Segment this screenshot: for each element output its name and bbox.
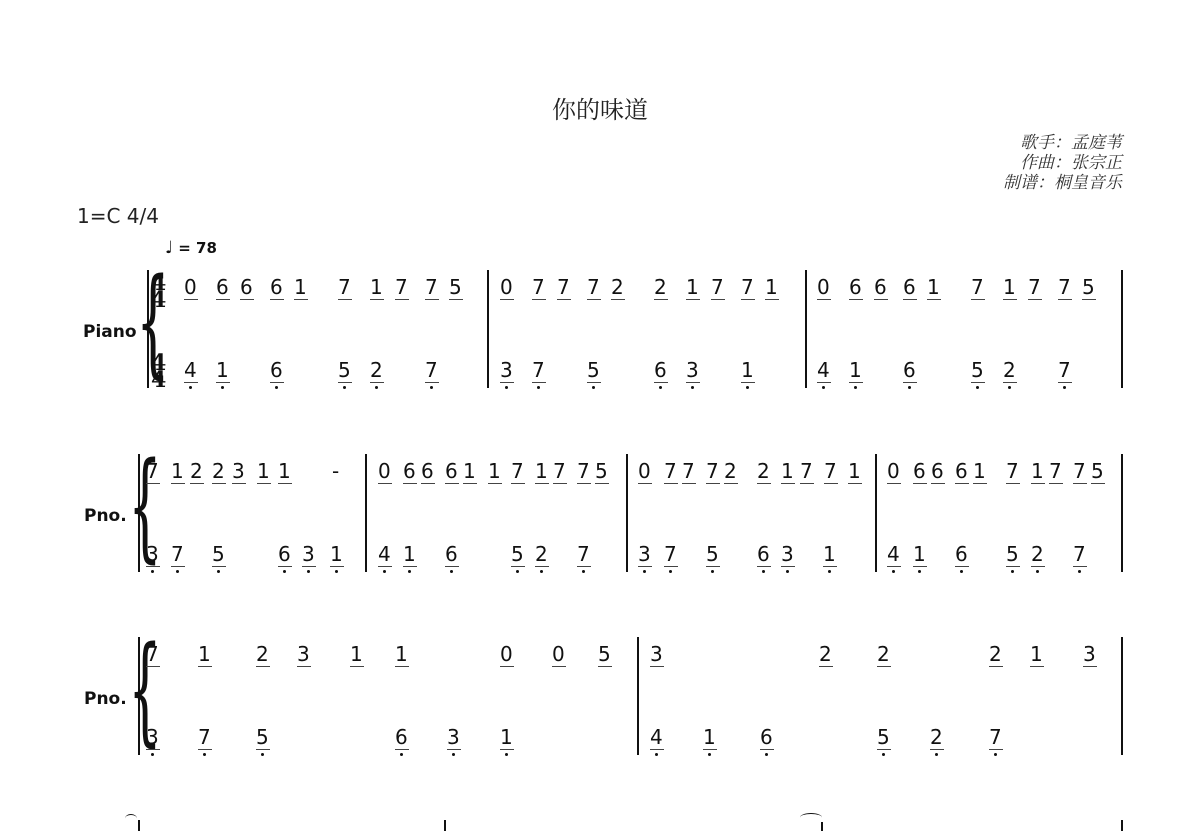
note-digit: 1 (488, 460, 501, 482)
underline-beam (488, 483, 502, 484)
underline-beam (1058, 299, 1072, 300)
lower-octave-dot (828, 570, 831, 573)
lower-octave-dot (537, 386, 540, 389)
note-digit: 5 (595, 460, 608, 482)
note-digit: 7 (146, 460, 159, 482)
note-digit: 3 (297, 643, 310, 665)
note-digit: 5 (256, 726, 269, 748)
lower-octave-dot (307, 570, 310, 573)
note-digit: 4 (887, 543, 900, 565)
lower-octave-dot (400, 753, 403, 756)
system-line (138, 637, 140, 755)
underline-beam (741, 299, 755, 300)
instrument-label: Pno. (84, 506, 127, 526)
underline-beam (638, 566, 652, 567)
note-digit: 2 (757, 460, 770, 482)
underline-beam (1003, 382, 1017, 383)
note-digit: 7 (553, 460, 566, 482)
underline-beam (395, 749, 409, 750)
key-signature: 1=C 4/4 (77, 204, 159, 228)
underline-beam (664, 483, 678, 484)
note-digit: 2 (724, 460, 737, 482)
lower-octave-dot (430, 386, 433, 389)
underline-beam (500, 382, 514, 383)
note-digit: 6 (270, 276, 283, 298)
note-digit: 6 (654, 359, 667, 381)
note-digit: 6 (445, 543, 458, 565)
underline-beam (577, 566, 591, 567)
note-digit: 6 (445, 460, 458, 482)
underline-beam (184, 382, 198, 383)
note-digit: 3 (302, 543, 315, 565)
barline (1121, 820, 1123, 831)
note-digit: 2 (611, 276, 624, 298)
underline-beam (256, 749, 270, 750)
note-digit: 1 (781, 460, 794, 482)
lower-octave-dot (505, 386, 508, 389)
underline-beam (171, 483, 185, 484)
underline-beam (500, 666, 514, 667)
underline-beam (848, 483, 862, 484)
note-digit: 7 (664, 460, 677, 482)
lower-octave-dot (283, 570, 286, 573)
note-digit: 7 (425, 359, 438, 381)
underline-beam (1028, 299, 1042, 300)
underline-beam (403, 566, 417, 567)
note-digit: 0 (500, 276, 513, 298)
underline-beam (378, 483, 392, 484)
note-digit: 1 (1030, 643, 1043, 665)
note-digit: 2 (930, 726, 943, 748)
underline-beam (395, 666, 409, 667)
note-digit: 1 (1003, 276, 1016, 298)
underline-beam (598, 666, 612, 667)
note-digit: 1 (849, 359, 862, 381)
note-digit: 4 (650, 726, 663, 748)
barline (1121, 637, 1123, 755)
note-digit: 1 (913, 543, 926, 565)
underline-beam (664, 566, 678, 567)
instrument-label: Piano (83, 322, 137, 342)
note-digit: 1 (765, 276, 778, 298)
note-digit: 7 (711, 276, 724, 298)
lower-octave-dot (746, 386, 749, 389)
note-digit: 2 (256, 643, 269, 665)
note-digit: 3 (146, 543, 159, 565)
note-digit: 7 (146, 643, 159, 665)
lower-octave-dot (217, 570, 220, 573)
note-digit: 2 (212, 460, 225, 482)
lower-octave-dot (505, 753, 508, 756)
lower-octave-dot (221, 386, 224, 389)
note-digit: 5 (1091, 460, 1104, 482)
underline-beam (216, 299, 230, 300)
note-digit: 1 (500, 726, 513, 748)
note-digit: 6 (955, 460, 968, 482)
underline-beam (270, 382, 284, 383)
note-digit: 3 (638, 543, 651, 565)
underline-beam (216, 382, 230, 383)
note-digit: 7 (1073, 460, 1086, 482)
lower-octave-dot (762, 570, 765, 573)
barline (1121, 270, 1123, 388)
underline-beam (425, 299, 439, 300)
barline (1121, 454, 1123, 572)
lower-octave-dot (261, 753, 264, 756)
lower-octave-dot (786, 570, 789, 573)
tempo-value: = 78 (178, 239, 217, 257)
underline-beam (190, 483, 204, 484)
underline-beam (849, 299, 863, 300)
note-digit: 5 (449, 276, 462, 298)
note-digit: 0 (500, 643, 513, 665)
underline-beam (682, 483, 696, 484)
underline-beam (877, 749, 891, 750)
tie (800, 813, 822, 822)
note-digit: 3 (686, 359, 699, 381)
underline-beam (781, 566, 795, 567)
note-digit: 1 (294, 276, 307, 298)
underline-beam (338, 299, 352, 300)
underline-beam (350, 666, 364, 667)
lower-octave-dot (976, 386, 979, 389)
underline-beam (445, 566, 459, 567)
lower-octave-dot (203, 753, 206, 756)
lower-octave-dot (452, 753, 455, 756)
lower-octave-dot (592, 386, 595, 389)
note-digit: 3 (447, 726, 460, 748)
note-digit: 5 (587, 359, 600, 381)
lower-octave-dot (375, 386, 378, 389)
lower-octave-dot (1008, 386, 1011, 389)
underline-beam (1031, 483, 1045, 484)
note-digit: 6 (421, 460, 434, 482)
barline (487, 270, 489, 388)
note-digit: 1 (1031, 460, 1044, 482)
lower-octave-dot (383, 570, 386, 573)
tempo-marking: ♩ = 78 (165, 238, 217, 258)
underline-beam (184, 299, 198, 300)
underline-beam (703, 749, 717, 750)
underline-beam (532, 299, 546, 300)
lower-octave-dot (691, 386, 694, 389)
lower-octave-dot (882, 753, 885, 756)
underline-beam (378, 566, 392, 567)
lower-octave-dot (540, 570, 543, 573)
barline (626, 454, 628, 572)
note-digit: 0 (184, 276, 197, 298)
underline-beam (913, 566, 927, 567)
system-line (138, 454, 140, 572)
underline-beam (971, 382, 985, 383)
composer-credit: 作曲：张宗正 (1003, 153, 1122, 173)
underline-beam (1003, 299, 1017, 300)
underline-beam (989, 749, 1003, 750)
note-digit: 7 (800, 460, 813, 482)
note-digit: 1 (927, 276, 940, 298)
note-digit: 1 (395, 643, 408, 665)
underline-beam (294, 299, 308, 300)
underline-beam (903, 382, 917, 383)
underline-beam (927, 299, 941, 300)
underline-beam (212, 483, 226, 484)
underline-beam (765, 299, 779, 300)
underline-beam (650, 749, 664, 750)
underline-beam (817, 299, 831, 300)
underline-beam (511, 566, 525, 567)
note-digit: 6 (874, 276, 887, 298)
note-digit: 7 (577, 543, 590, 565)
lower-octave-dot (1063, 386, 1066, 389)
underline-beam (297, 666, 311, 667)
note-digit: 3 (232, 460, 245, 482)
note-digit: 6 (955, 543, 968, 565)
underline-beam (449, 299, 463, 300)
lower-octave-dot (822, 386, 825, 389)
lower-octave-dot (275, 386, 278, 389)
note-digit: 6 (278, 543, 291, 565)
underline-beam (724, 483, 738, 484)
note-digit: 7 (664, 543, 677, 565)
underline-beam (500, 299, 514, 300)
note-digit: 7 (741, 276, 754, 298)
note-digit: 3 (500, 359, 513, 381)
note-digit: 1 (463, 460, 476, 482)
underline-beam (887, 566, 901, 567)
note-digit: 1 (330, 543, 343, 565)
lower-octave-dot (151, 570, 154, 573)
note-digit: 7 (577, 460, 590, 482)
lower-octave-dot (1036, 570, 1039, 573)
note-digit: 1 (686, 276, 699, 298)
underline-beam (146, 483, 160, 484)
note-digit: 7 (198, 726, 211, 748)
underline-beam (447, 749, 461, 750)
note-digit: 7 (706, 460, 719, 482)
underline-beam (1091, 483, 1105, 484)
barline (637, 637, 639, 755)
note-digit: 1 (198, 643, 211, 665)
underline-beam (212, 566, 226, 567)
note-digit: 2 (535, 543, 548, 565)
underline-beam (1006, 566, 1020, 567)
underline-beam (232, 483, 246, 484)
note-digit: 7 (338, 276, 351, 298)
underline-beam (654, 299, 668, 300)
underline-beam (535, 566, 549, 567)
underline-beam (552, 666, 566, 667)
underline-beam (1006, 483, 1020, 484)
note-digit: 0 (378, 460, 391, 482)
lower-octave-dot (1078, 570, 1081, 573)
underline-beam (270, 299, 284, 300)
underline-beam (887, 483, 901, 484)
underline-beam (338, 382, 352, 383)
lower-octave-dot (655, 753, 658, 756)
underline-beam (781, 483, 795, 484)
underline-beam (395, 299, 409, 300)
note-digit: 5 (1006, 543, 1019, 565)
underline-beam (171, 566, 185, 567)
note-digit: 0 (887, 460, 900, 482)
note-digit: 4 (184, 359, 197, 381)
lower-octave-dot (151, 753, 154, 756)
note-digit: 5 (212, 543, 225, 565)
underline-beam (741, 382, 755, 383)
note-digit: 4 (378, 543, 391, 565)
note-digit: 7 (532, 359, 545, 381)
note-digit: 2 (370, 359, 383, 381)
singer-credit: 歌手：孟庭苇 (1003, 133, 1122, 153)
lower-octave-dot (343, 386, 346, 389)
note-digit: 2 (877, 643, 890, 665)
underline-beam (577, 483, 591, 484)
note-digit: 2 (1031, 543, 1044, 565)
note-digit: 1 (350, 643, 363, 665)
lower-octave-dot (408, 570, 411, 573)
note-digit: 7 (824, 460, 837, 482)
underline-beam (757, 566, 771, 567)
barline (821, 822, 823, 831)
underline-beam (817, 382, 831, 383)
underline-beam (903, 299, 917, 300)
note-digit: 6 (216, 276, 229, 298)
underline-beam (931, 483, 945, 484)
note-digit: 5 (338, 359, 351, 381)
underline-beam (1049, 483, 1063, 484)
underline-beam (1073, 483, 1087, 484)
lower-octave-dot (960, 570, 963, 573)
note-digit: 3 (781, 543, 794, 565)
note-digit: 2 (654, 276, 667, 298)
note-digit: 6 (403, 460, 416, 482)
note-digit: 2 (1003, 359, 1016, 381)
underline-beam (711, 299, 725, 300)
underline-beam (1083, 666, 1097, 667)
underline-beam (587, 382, 601, 383)
note-digit: 0 (638, 460, 651, 482)
underline-beam (425, 382, 439, 383)
note-digit: 6 (757, 543, 770, 565)
lower-octave-dot (708, 753, 711, 756)
note-digit: 1 (403, 543, 416, 565)
note-digit: 7 (557, 276, 570, 298)
underline-beam (955, 566, 969, 567)
underline-beam (1030, 666, 1044, 667)
lower-octave-dot (189, 386, 192, 389)
underline-beam (532, 382, 546, 383)
underline-beam (930, 749, 944, 750)
time-signature-upper: 44 (151, 275, 166, 309)
underline-beam (638, 483, 652, 484)
underline-beam (971, 299, 985, 300)
note-digit: 4 (817, 359, 830, 381)
underline-beam (973, 483, 987, 484)
underline-beam (650, 666, 664, 667)
note-digit: 5 (511, 543, 524, 565)
note-digit: 7 (1028, 276, 1041, 298)
underline-beam (1031, 566, 1045, 567)
barline (875, 454, 877, 572)
note-digit: 6 (760, 726, 773, 748)
underline-beam (256, 666, 270, 667)
note-digit: 7 (171, 543, 184, 565)
lower-octave-dot (335, 570, 338, 573)
note-digit: 5 (1082, 276, 1095, 298)
transcriber-credit: 制谱：桐皇音乐 (1003, 173, 1122, 193)
note-digit: 2 (190, 460, 203, 482)
note-digit: 6 (903, 276, 916, 298)
underline-beam (874, 299, 888, 300)
underline-beam (824, 483, 838, 484)
underline-beam (1058, 382, 1072, 383)
note-digit: 3 (1083, 643, 1096, 665)
barline (805, 270, 807, 388)
underline-beam (819, 666, 833, 667)
note-digit: 7 (1058, 359, 1071, 381)
note-digit: 6 (903, 359, 916, 381)
note-digit: 1 (741, 359, 754, 381)
system-line (138, 820, 140, 831)
note-digit: 6 (913, 460, 926, 482)
underline-beam (403, 483, 417, 484)
underline-beam (877, 666, 891, 667)
underline-beam (278, 566, 292, 567)
note-digit: 7 (1049, 460, 1062, 482)
note-digit: 6 (240, 276, 253, 298)
note-digit: 5 (706, 543, 719, 565)
note-digit: 6 (270, 359, 283, 381)
underline-beam (686, 382, 700, 383)
note-digit: 1 (216, 359, 229, 381)
note-digit: 7 (989, 726, 1002, 748)
underline-beam (240, 299, 254, 300)
barline (365, 454, 367, 572)
note-digit: 1 (703, 726, 716, 748)
note-digit: 0 (552, 643, 565, 665)
lower-octave-dot (450, 570, 453, 573)
underline-beam (535, 483, 549, 484)
underline-beam (823, 566, 837, 567)
underline-beam (849, 382, 863, 383)
underline-beam (1073, 566, 1087, 567)
lower-octave-dot (935, 753, 938, 756)
instrument-label: Pno. (84, 689, 127, 709)
lower-octave-dot (892, 570, 895, 573)
system-line (147, 270, 149, 388)
note-digit: 7 (395, 276, 408, 298)
lower-octave-dot (994, 753, 997, 756)
lower-octave-dot (669, 570, 672, 573)
underline-beam (989, 666, 1003, 667)
lower-octave-dot (711, 570, 714, 573)
lower-octave-dot (643, 570, 646, 573)
underline-beam (611, 299, 625, 300)
underline-beam (198, 666, 212, 667)
lower-octave-dot (1011, 570, 1014, 573)
lower-octave-dot (516, 570, 519, 573)
tie (125, 814, 137, 823)
underline-beam (511, 483, 525, 484)
note-digit: 1 (848, 460, 861, 482)
underline-beam (553, 483, 567, 484)
time-signature-lower: 44 (151, 355, 166, 389)
lower-octave-dot (765, 753, 768, 756)
credits: 歌手：孟庭苇 作曲：张宗正 制谱：桐皇音乐 (1003, 133, 1122, 193)
underline-beam (595, 483, 609, 484)
note-digit: 7 (587, 276, 600, 298)
note-digit: 6 (931, 460, 944, 482)
